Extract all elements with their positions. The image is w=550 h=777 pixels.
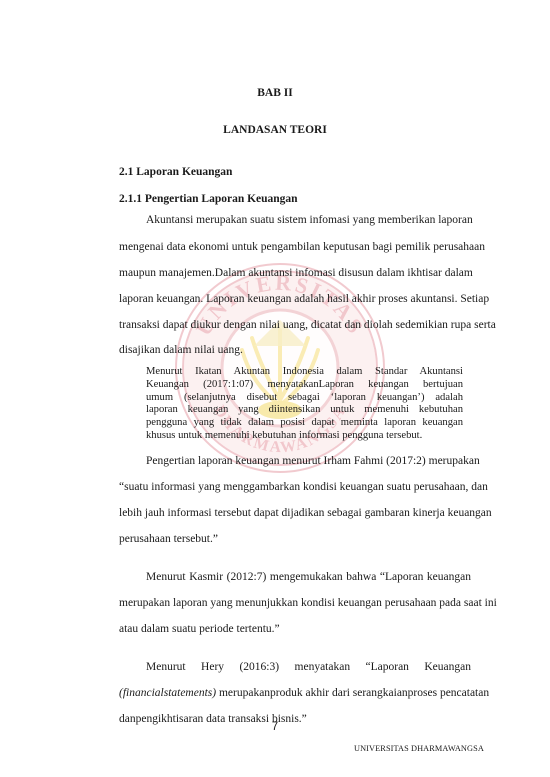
paragraph-line: “suatu informasi yang menggambarkan kond…	[119, 480, 471, 494]
paragraph-line: Menurut Hery (2016:3) menyatakan “Lapora…	[146, 660, 471, 674]
paragraph-line: danpengikhtisaran data transaksi bisnis.…	[119, 712, 471, 726]
subsection-heading: 2.1.1 Pengertian Laporan Keuangan	[119, 193, 298, 205]
paragraph-line: merupakan laporan yang menunjukkan kondi…	[119, 596, 471, 610]
footer-university-name: UNIVERSITAS DHARMAWANGSA	[354, 744, 484, 753]
paragraph-line: (financialstatements) merupakanproduk ak…	[119, 686, 471, 700]
quote-line: umum (selanjutnya disebut sebagai ‘lapor…	[146, 392, 463, 405]
paragraph-line: disajikan dalam nilai uang.	[119, 343, 471, 357]
paragraph-line: atau dalam suatu periode tertentu.”	[119, 622, 471, 636]
paragraph-line: transaksi dapat diukur dengan nilai uang…	[119, 318, 471, 332]
chapter-title: LANDASAN TEORI	[0, 124, 550, 136]
italic-term: (financialstatements)	[119, 687, 216, 699]
block-quote: Menurut Ikatan Akuntan Indonesia dalam S…	[146, 366, 463, 443]
quote-line: khusus untuk memenuhi kebutuhan informas…	[146, 430, 463, 443]
paragraph-line: lebih jauh informasi tersebut dapat dija…	[119, 506, 471, 520]
paragraph-line: Menurut Kasmir (2012:7) mengemukakan bah…	[146, 570, 471, 584]
quote-line: Keuangan (2017:1:07) menyatakanLaporan k…	[146, 379, 463, 392]
quote-line: Menurut Ikatan Akuntan Indonesia dalam S…	[146, 366, 463, 379]
paragraph-line: Pengertian laporan keuangan menurut Irha…	[146, 454, 471, 468]
quote-line: laporan keuangan yang diintensikan untuk…	[146, 404, 463, 417]
paragraph-line: Akuntansi merupakan suatu sistem infomas…	[146, 213, 471, 227]
paragraph-line: mengenai data ekonomi untuk pengambilan …	[119, 240, 471, 254]
chapter-number: BAB II	[0, 87, 550, 99]
quote-line: pengguna yang tidak dalam posisi dapat m…	[146, 417, 463, 430]
paragraph-line: perusahaan tersebut.”	[119, 532, 471, 546]
document-page: UNIVERSITAS DHARMAWANGSA BAB II LANDASAN…	[0, 0, 550, 777]
section-heading: 2.1 Laporan Keuangan	[119, 166, 232, 178]
paragraph-text: merupakanproduk akhir dari serangkaianpr…	[216, 687, 489, 699]
paragraph-line: laporan keuangan. Laporan keuangan adala…	[119, 292, 471, 306]
paragraph-line: maupun manajemen.Dalam akuntansi infomas…	[119, 266, 471, 280]
